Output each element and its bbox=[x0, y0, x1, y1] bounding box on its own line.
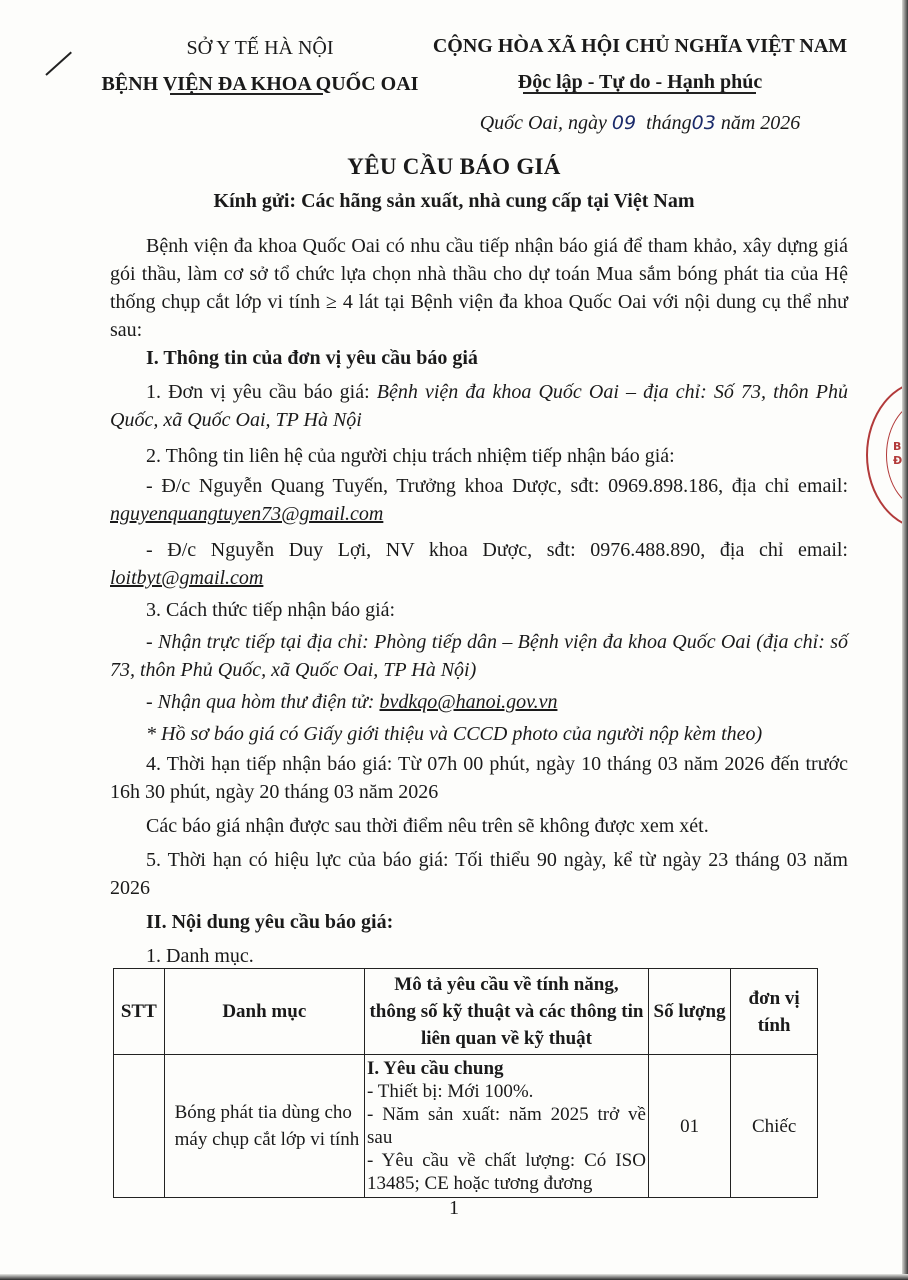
receive-deadline: 4. Thời hạn tiếp nhận báo giá: Từ 07h 00… bbox=[110, 750, 848, 806]
cell-stt bbox=[114, 1055, 165, 1198]
intro-paragraph: Bệnh viện đa khoa Quốc Oai có nhu cầu ti… bbox=[110, 232, 848, 344]
document-title: YÊU CẦU BÁO GIÁ bbox=[0, 154, 908, 180]
cell-quantity: 01 bbox=[648, 1055, 730, 1198]
contact-2-email-link[interactable]: loitbyt@gmail.com bbox=[110, 567, 263, 589]
col-quantity: Số lượng bbox=[648, 969, 730, 1055]
contact-1-text: - Đ/c Nguyễn Quang Tuyến, Trưởng khoa Dư… bbox=[146, 475, 848, 497]
national-header: CỘNG HÒA XÃ HỘI CHỦ NGHĨA VIỆT NAM Độc l… bbox=[420, 28, 860, 100]
items-table: STT Danh mục Mô tả yêu cầu về tính năng,… bbox=[113, 968, 818, 1198]
document-page: SỞ Y TẾ HÀ NỘI BỆNH VIỆN ĐA KHOA QUỐC OA… bbox=[0, 0, 908, 1280]
date-year: năm 2026 bbox=[721, 112, 800, 134]
receive-email-text: - Nhận qua hòm thư điện tử: bbox=[146, 691, 379, 713]
issuer-department: SỞ Y TẾ HÀ NỘI bbox=[80, 30, 440, 66]
col-name: Danh mục bbox=[164, 969, 364, 1055]
issuer-underline bbox=[170, 93, 323, 95]
scan-edge-bottom bbox=[0, 1274, 908, 1280]
contact-2: - Đ/c Nguyễn Duy Lợi, NV khoa Dược, sđt:… bbox=[110, 536, 848, 592]
date-day-handwritten: 09 bbox=[612, 112, 636, 134]
late-submission-note: Các báo giá nhận được sau thời điểm nêu … bbox=[110, 812, 848, 840]
date-month-label: tháng bbox=[646, 112, 692, 134]
description-line: - Yêu cầu về chất lượng: Có ISO 13485; C… bbox=[367, 1149, 646, 1195]
section1-heading: I. Thông tin của đơn vị yêu cầu báo giá bbox=[110, 344, 848, 372]
cell-item-name: Bóng phát tia dùng cho máy chụp cắt lớp … bbox=[164, 1055, 364, 1198]
cell-description: I. Yêu cầu chung - Thiết bị: Mới 100%. -… bbox=[365, 1055, 649, 1198]
contact-2-text: - Đ/c Nguyễn Duy Lợi, NV khoa Dược, sđt:… bbox=[146, 539, 848, 561]
section2-heading: II. Nội dung yêu cầu báo giá: bbox=[110, 908, 848, 936]
issuer-hospital: BỆNH VIỆN ĐA KHOA QUỐC OAI bbox=[80, 66, 440, 102]
date-month-handwritten: 03 bbox=[692, 112, 716, 134]
validity-period: 5. Thời hạn có hiệu lực của báo giá: Tối… bbox=[110, 846, 848, 902]
page-number: 1 bbox=[0, 1197, 908, 1220]
pen-check-mark bbox=[45, 52, 72, 76]
col-stt: STT bbox=[114, 969, 165, 1055]
receive-method-heading: 3. Cách thức tiếp nhận báo giá: bbox=[110, 596, 848, 624]
table-header-row: STT Danh mục Mô tả yêu cầu về tính năng,… bbox=[114, 969, 818, 1055]
receive-email: - Nhận qua hòm thư điện tử: bvdkqo@hanoi… bbox=[110, 688, 848, 716]
scan-edge-right bbox=[902, 0, 908, 1280]
contact-1: - Đ/c Nguyễn Quang Tuyến, Trưởng khoa Dư… bbox=[110, 472, 848, 528]
description-line: - Thiết bị: Mới 100%. bbox=[367, 1080, 646, 1103]
receive-email-link[interactable]: bvdkqo@hanoi.gov.vn bbox=[379, 691, 557, 713]
national-title: CỘNG HÒA XÃ HỘI CHỦ NGHĨA VIỆT NAM bbox=[420, 28, 860, 64]
national-motto: Độc lập - Tự do - Hạnh phúc bbox=[420, 64, 860, 100]
description-line: - Năm sản xuất: năm 2025 trở về sau bbox=[367, 1103, 646, 1149]
catalog-heading: 1. Danh mục. bbox=[110, 942, 848, 970]
description-heading: I. Yêu cầu chung bbox=[367, 1057, 646, 1080]
requesting-unit: 1. Đơn vị yêu cầu báo giá: Bệnh viện đa … bbox=[110, 378, 848, 434]
col-description: Mô tả yêu cầu về tính năng, thông số kỹ … bbox=[365, 969, 649, 1055]
document-note: * Hồ sơ báo giá có Giấy giới thiệu và CC… bbox=[110, 720, 848, 748]
contact-1-email-link[interactable]: nguyenquangtuyen73@gmail.com bbox=[110, 503, 383, 525]
table-row: Bóng phát tia dùng cho máy chụp cắt lớp … bbox=[114, 1055, 818, 1198]
date-line: Quốc Oai, ngày 09 tháng03 năm 2026 bbox=[440, 105, 840, 141]
addressee: Kính gửi: Các hãng sản xuất, nhà cung cấ… bbox=[0, 190, 908, 213]
cell-unit: Chiếc bbox=[731, 1055, 818, 1198]
col-unit: đơn vị tính bbox=[731, 969, 818, 1055]
issuer-block: SỞ Y TẾ HÀ NỘI BỆNH VIỆN ĐA KHOA QUỐC OA… bbox=[80, 30, 440, 102]
receive-direct: - Nhận trực tiếp tại địa chỉ: Phòng tiếp… bbox=[110, 628, 848, 684]
motto-underline bbox=[523, 92, 756, 94]
contact-info-heading: 2. Thông tin liên hệ của người chịu trác… bbox=[110, 442, 848, 470]
requesting-unit-label: 1. Đơn vị yêu cầu báo giá: bbox=[146, 381, 377, 403]
date-place: Quốc Oai, ngày bbox=[480, 112, 607, 134]
